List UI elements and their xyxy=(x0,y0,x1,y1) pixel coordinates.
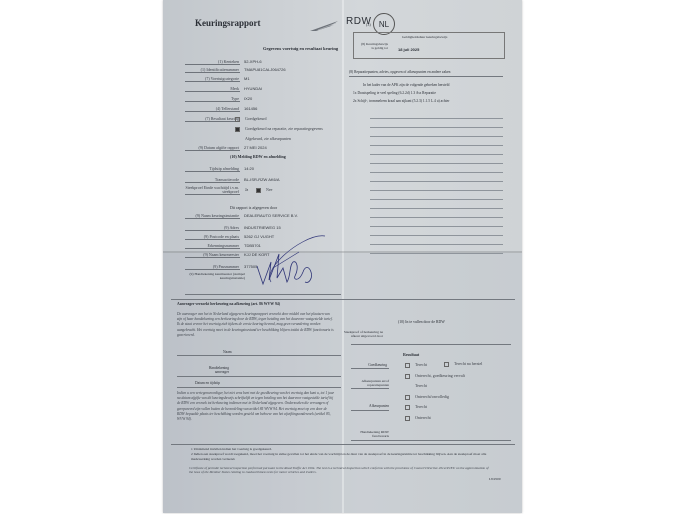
afkeurpunten-label: Afkeurpunten xyxy=(359,404,389,408)
afkeurpunten-option: Terecht xyxy=(405,404,427,410)
field-vin: (1) IdentificatienummerTMAPU81CALJ064726 xyxy=(177,64,341,73)
objection-rules: Indien u een vertegenwoordiger, het niet… xyxy=(177,391,335,422)
validity-label: (8) Keuringsbewijs is geldig tot xyxy=(360,42,388,50)
divider xyxy=(351,388,389,389)
goedkeuring-option: Onterecht, goedkeuring vervalt xyxy=(405,373,465,379)
checkbox xyxy=(235,117,240,122)
fold-line-vertical xyxy=(342,0,344,513)
result-option-approved-after-repair: Goedgekeurd na reparatie, zie reparatieg… xyxy=(235,126,323,132)
footnote-1: 1 Uitsluitend invullen indien het voertu… xyxy=(191,447,501,451)
field-make: MerkHYUNDAI xyxy=(177,83,341,92)
validity-header: Geldigheidsduur keuringsbewijs xyxy=(402,35,447,39)
remark-line xyxy=(370,190,503,191)
remark-line xyxy=(370,235,503,236)
field-time: Tijdstip afmelding14:20 xyxy=(177,163,341,172)
remark-line xyxy=(370,172,503,173)
divider xyxy=(351,368,389,369)
date-line xyxy=(177,387,341,388)
remark-line xyxy=(370,118,503,119)
rdw-sample-label: Steekproef of herkeuring na afkeur uitge… xyxy=(343,330,383,338)
objection-name-label: Naam xyxy=(223,350,232,354)
remarks-intro: In het kader van de APK zijn de volgende… xyxy=(363,83,449,87)
afkeur-label: Afkeurpunten en/of reparatiepunten xyxy=(353,379,389,387)
remark-line xyxy=(370,217,503,218)
footnote-2: 2 Indien een steekproef wordt toegekend,… xyxy=(191,452,501,461)
checkbox-checked xyxy=(256,188,261,193)
inspector-signature xyxy=(253,232,333,287)
field-odometer: (4) Tellerstand161456 xyxy=(177,103,341,112)
remark-line xyxy=(370,145,503,146)
remark-line xyxy=(370,127,503,128)
rdw-logo-icon xyxy=(308,20,340,32)
vehicle-section-title: Gegevens voertuig en resultaat keuring xyxy=(263,46,338,51)
remark-line xyxy=(370,244,503,245)
rdw-result-header: Resultaat xyxy=(403,352,419,357)
inspection-report-page: Keuringsrapport RDW (3) NL Gegevens voer… xyxy=(163,0,522,513)
field-category: (7) VoertuigcategorieM1 xyxy=(177,73,341,82)
objection-text: De aanvrager van het in Nederland afgege… xyxy=(177,312,335,338)
divider xyxy=(351,410,389,411)
result-option-approved: Goedgekeurd xyxy=(235,116,267,122)
rdw-section-header: (10) In te vullen door de RDW xyxy=(398,320,445,324)
name-line xyxy=(177,355,341,356)
remark-line xyxy=(370,181,503,182)
divider xyxy=(351,344,511,345)
afkeur-option: Terecht xyxy=(405,383,427,389)
divider xyxy=(171,299,515,300)
afkeurpunten-option: Onterecht xyxy=(405,415,431,421)
rdw-signature-label: Handtekening RDW functionaris xyxy=(359,430,389,438)
divider xyxy=(349,76,503,77)
validity-box: Geldigheidsduur keuringsbewijs (8) Keuri… xyxy=(353,32,505,59)
remark-line xyxy=(370,163,503,164)
remark-line xyxy=(370,154,503,155)
checkbox-checked xyxy=(235,127,240,132)
goedkeuring-option: Terecht na herstel xyxy=(444,361,482,367)
remark-item: 1x Draaispeling te veel speling (6.2.2d)… xyxy=(353,91,436,95)
signature-line xyxy=(177,376,341,377)
objection-date-label: Datum en tijdstip xyxy=(195,381,220,385)
validity-date: 18 juli 2025 xyxy=(398,47,419,52)
divider xyxy=(351,440,511,441)
report-title: Keuringsrapport xyxy=(195,18,261,28)
divider xyxy=(185,294,341,295)
remark-line xyxy=(370,199,503,200)
goedkeuring-label: Goedkeuring xyxy=(359,363,387,367)
remark-line xyxy=(370,208,503,209)
result-option-rejected: Afgekeurd, zie afkeurpunten xyxy=(235,136,291,142)
remark-line xyxy=(370,253,503,254)
remarks-header: (8) Reparatiepunten, advies, opgaven of … xyxy=(349,70,450,74)
field-transaction-code: TransactiecodeBL-ISR-RZW AK6/A xyxy=(177,174,341,183)
field-address: (9) AdresINDUSTRIEWEG 15 xyxy=(177,222,341,231)
field-type: TypeIX20 xyxy=(177,93,341,102)
sample-option-no: Ja xyxy=(235,187,248,193)
remark-line xyxy=(370,226,503,227)
divider xyxy=(171,444,515,445)
signature-label: (9) Handtekening keurmeester (stempel ke… xyxy=(187,272,245,280)
objection-signature-label: Handtekening aanvrager xyxy=(195,366,229,374)
remark-line xyxy=(370,136,503,137)
english-statement: Certificate of periodic technical inspec… xyxy=(189,466,489,475)
objection-header: Aanvrager verzoekt herkeuring na afkeuri… xyxy=(177,302,280,306)
notification-section-title: (10) Melding RDW en afmelding xyxy=(230,154,286,159)
country-prefix: (3) xyxy=(366,22,371,27)
field-company: (9) Naam keuringsinstantieDEALERAUTO SER… xyxy=(177,210,341,219)
sample-option-yes: Nee xyxy=(256,187,272,193)
remark-item: 2x Schijf-, trommelrem kraal aan zijkant… xyxy=(353,99,449,103)
goedkeuring-option: Terecht xyxy=(405,362,427,368)
field-issue-date: (9) Datum afgifte rapport27 mei 2024 xyxy=(177,142,341,151)
afkeur-option: Onterecht/onvolledig xyxy=(405,394,449,400)
form-code: I.8.9500 xyxy=(489,477,501,481)
